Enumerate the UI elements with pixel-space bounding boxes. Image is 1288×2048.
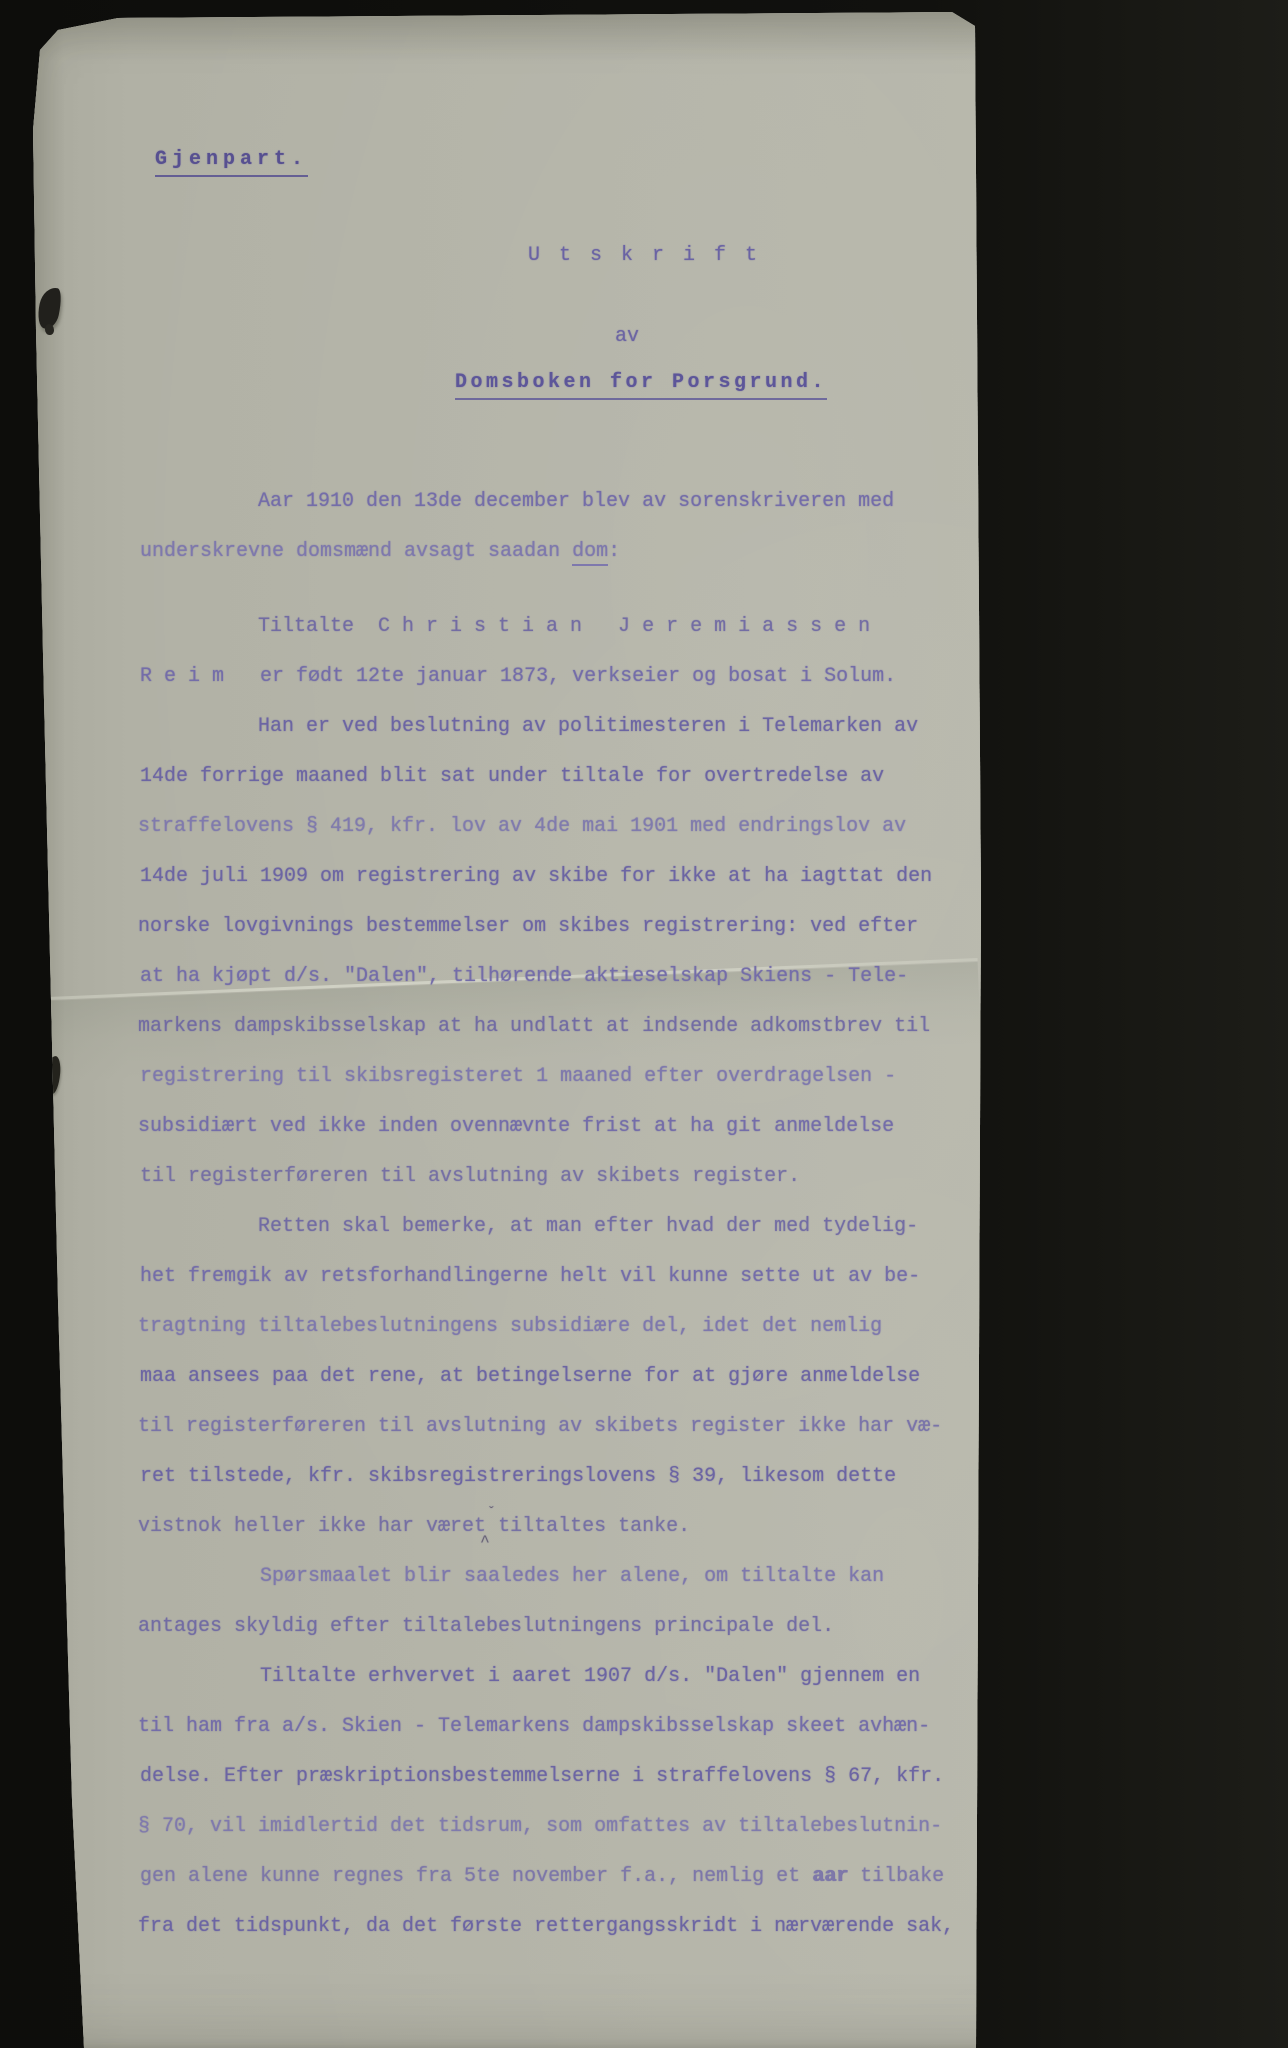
text-line: fra det tidspunkt, da det første retterg…: [138, 1902, 960, 1952]
binder-hole-top-fragment: [45, 324, 54, 335]
copy-label: Gjenpart.: [155, 148, 308, 177]
text-line: til registerføreren til avslutning av sk…: [140, 1152, 962, 1202]
text-line: gen alene kunne regnes fra 5te november …: [140, 1852, 962, 1902]
text-line: het fremgik av retsforhandlingerne helt …: [140, 1252, 962, 1302]
text-line: delse. Efter præskriptionsbestemmelserne…: [140, 1752, 962, 1802]
text-segment: vistnok heller ikke har været: [138, 1515, 486, 1538]
text-line: R e i m er født 12te januar 1873, verkse…: [140, 652, 962, 702]
text-line: Retten skal bemerke, at man efter hvad d…: [138, 1202, 960, 1252]
text-line: norske lovgivnings bestemmelser om skibe…: [138, 902, 960, 952]
text-segment: tilbake: [848, 1865, 944, 1888]
text-line: til registerføreren til avslutning av sk…: [138, 1402, 960, 1452]
binder-hole-middle-fragment: [44, 1091, 52, 1100]
text-segment: antages skyldig efter tiltalebeslutninge…: [138, 1615, 834, 1638]
document-body: Aar 1910 den 13de december blev av soren…: [138, 477, 960, 1952]
paper-sheet: H. Gjenpart. U t s k r i f t av Domsboke…: [0, 0, 1288, 2048]
text-segment: straffelovens § 419, kfr. lov av 4de mai…: [138, 815, 906, 838]
text-line: straffelovens § 419, kfr. lov av 4de mai…: [138, 802, 960, 852]
text-line: maa ansees paa det rene, at betingelsern…: [140, 1352, 962, 1402]
text-segment: 14de forrige maaned blit sat under tilta…: [140, 765, 884, 788]
page-corner-mark: H.: [1062, 101, 1088, 124]
text-segment: delse. Efter præskriptionsbestemmelserne…: [140, 1765, 944, 1788]
text-segment: Han er ved beslutning av politimesteren …: [258, 715, 918, 738]
text-segment: norske lovgivnings bestemmelser om skibe…: [138, 915, 918, 938]
text-segment: R e i m er født 12te januar 1873, verkse…: [140, 665, 896, 688]
text-segment: underskrevne domsmænd avsagt saadan: [140, 540, 572, 563]
text-segment: at ha kjøpt d/s. "Dalen", tilhørende akt…: [140, 965, 908, 988]
text-segment: til registerføreren til avslutning av sk…: [138, 1415, 942, 1438]
text-line: Tiltalte C h r i s t i a n J e r e m i a…: [138, 602, 960, 652]
text-segment-u: dom: [572, 540, 608, 566]
text-line: tragtning tiltalebeslutningens subsidiær…: [138, 1302, 960, 1352]
text-line: at ha kjøpt d/s. "Dalen", tilhørende akt…: [140, 952, 962, 1002]
text-segment: Aar 1910 den 13de december blev av soren…: [258, 490, 894, 513]
text-segment: § 70, vil imidlertid det tidsrum, som om…: [138, 1815, 942, 1838]
text-segment: maa ansees paa det rene, at betingelsern…: [140, 1365, 920, 1388]
text-segment: Spørsmaalet blir saaledes her alene, om …: [260, 1565, 884, 1588]
text-segment: :: [608, 540, 620, 563]
text-segment: til ham fra a/s. Skien - Telemarkens dam…: [138, 1715, 930, 1738]
text-segment: markens dampskibsselskap at ha undlatt a…: [138, 1015, 930, 1038]
text-segment-ov: aar: [812, 1865, 848, 1888]
text-line: Han er ved beslutning av politimesteren …: [138, 702, 960, 752]
text-segment: fra det tidspunkt, da det første retterg…: [138, 1915, 954, 1938]
text-line: Spørsmaalet blir saaledes her alene, om …: [140, 1552, 962, 1602]
text-line: 14de forrige maaned blit sat under tilta…: [140, 752, 962, 802]
scan-background: H. Gjenpart. U t s k r i f t av Domsboke…: [0, 0, 1288, 2048]
text-segment: ret tilstede, kfr. skibsregistreringslov…: [140, 1465, 896, 1488]
text-segment: Tiltalte C h r i s t i a n J e r e m i a…: [258, 615, 870, 638]
text-segment: registrering til skibsregisteret 1 maane…: [140, 1065, 896, 1088]
text-line: markens dampskibsselskap at ha undlatt a…: [138, 1002, 960, 1052]
text-segment: til registerføreren til avslutning av sk…: [140, 1165, 800, 1188]
text-line: underskrevne domsmænd avsagt saadan dom:: [140, 527, 962, 577]
text-segment: Tiltalte erhvervet i aaret 1907 d/s. "Da…: [260, 1665, 920, 1688]
text-line: ret tilstede, kfr. skibsregistreringslov…: [140, 1452, 962, 1502]
text-line: Aar 1910 den 13de december blev av soren…: [138, 477, 960, 527]
text-line: registrering til skibsregisteret 1 maane…: [140, 1052, 962, 1102]
text-line: subsidiært ved ikke inden ovennævnte fri…: [138, 1102, 960, 1152]
text-line: 14de juli 1909 om registrering av skibe …: [140, 852, 962, 902]
text-line: § 70, vil imidlertid det tidsrum, som om…: [138, 1802, 960, 1852]
title-connector: av: [615, 325, 639, 348]
text-segment: tiltaltes tanke.: [486, 1515, 690, 1538]
text-segment: gen alene kunne regnes fra 5te november …: [140, 1865, 812, 1888]
text-line: til ham fra a/s. Skien - Telemarkens dam…: [138, 1702, 960, 1752]
text-segment: subsidiært ved ikke inden ovennævnte fri…: [138, 1115, 894, 1138]
text-segment: 14de juli 1909 om registrering av skibe …: [140, 865, 932, 888]
text-line: Tiltalte erhvervet i aaret 1907 d/s. "Da…: [140, 1652, 962, 1702]
text-segment: het fremgik av retsforhandlingerne helt …: [140, 1265, 920, 1288]
document-title: U t s k r i f t: [528, 244, 761, 267]
text-line: vistnok heller ikke har væretˇ^ tiltalte…: [138, 1502, 960, 1552]
text-segment: tragtning tiltalebeslutningens subsidiær…: [138, 1315, 882, 1338]
text-line: antages skyldig efter tiltalebeslutninge…: [138, 1602, 960, 1652]
text-segment: Retten skal bemerke, at man efter hvad d…: [258, 1215, 918, 1238]
document-subtitle: Domsboken for Porsgrund.: [455, 371, 827, 400]
